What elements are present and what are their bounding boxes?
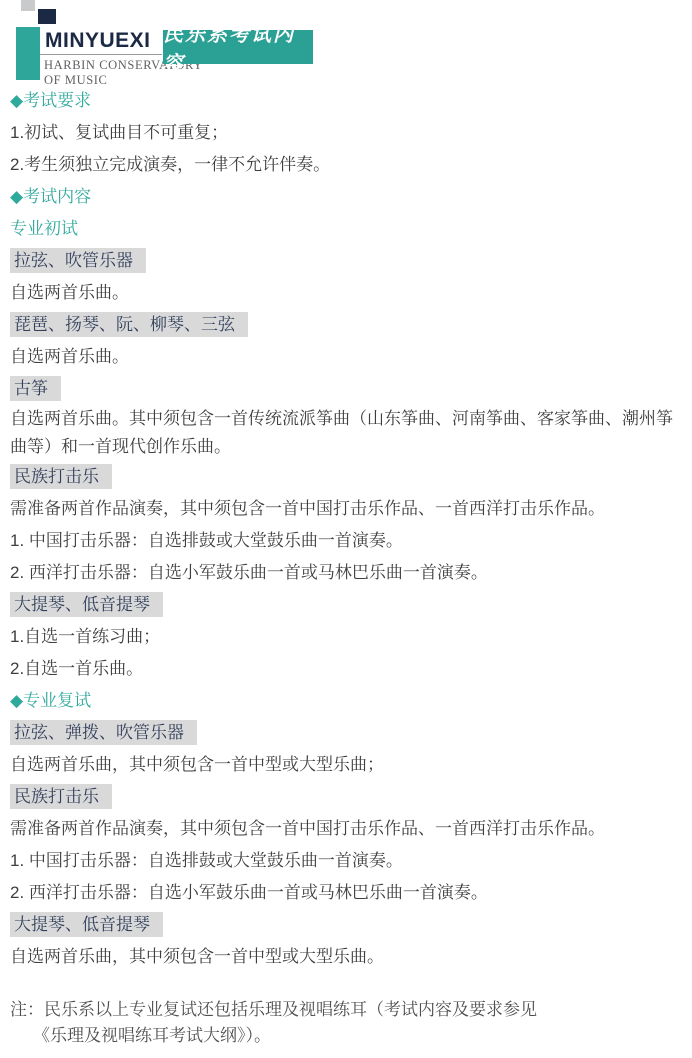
description-text: 自选两首乐曲。 <box>10 277 682 309</box>
instrument-label: 民族打击乐 <box>10 461 682 493</box>
description-text: 自选两首乐曲，其中须包含一首中型或大型乐曲； <box>10 749 682 781</box>
instrument-label-text: 琵琶、扬琴、阮、柳琴、三弦 <box>10 312 248 337</box>
instrument-label-text: 拉弦、弹拨、吹管乐器 <box>10 720 197 745</box>
numbered-item: 1.初试、复试曲目不可重复； <box>10 117 682 149</box>
instrument-label-text: 民族打击乐 <box>10 464 112 489</box>
logo-navy-square-decoration <box>38 9 56 24</box>
instrument-label-text: 大提琴、低音提琴 <box>10 592 163 617</box>
numbered-item: 1.自选一首练习曲； <box>10 621 682 653</box>
numbered-item: 1. 中国打击乐器：自选排鼓或大堂鼓乐曲一首演奏。 <box>10 525 682 557</box>
instrument-label: 拉弦、弹拨、吹管乐器 <box>10 717 682 749</box>
instrument-label: 民族打击乐 <box>10 781 682 813</box>
footnote-line2: 《乐理及视唱练耳考试大纲》）。 <box>33 1023 682 1049</box>
logo-teal-bar-decoration <box>16 27 40 80</box>
instrument-label: 琵琶、扬琴、阮、柳琴、三弦 <box>10 309 682 341</box>
logo-title: MINYUEXI <box>45 30 151 52</box>
numbered-item: 2. 西洋打击乐器：自选小军鼓乐曲一首或马林巴乐曲一首演奏。 <box>10 557 682 589</box>
instrument-label: 拉弦、吹管乐器 <box>10 245 682 277</box>
logo-divider-line <box>40 54 162 55</box>
instrument-label-text: 拉弦、吹管乐器 <box>10 248 146 273</box>
instrument-label: 大提琴、低音提琴 <box>10 589 682 621</box>
description-text: 需准备两首作品演奏，其中须包含一首中国打击乐作品、一首西洋打击乐作品。 <box>10 493 682 525</box>
numbered-item: 2.自选一首乐曲。 <box>10 653 682 685</box>
numbered-item: 2.考生须独立完成演奏，一律不允许伴奏。 <box>10 149 682 181</box>
instrument-label: 大提琴、低音提琴 <box>10 909 682 941</box>
footnote: 注：民乐系以上专业复试还包括乐理及视唱练耳（考试内容及要求参见 《乐理及视唱练耳… <box>10 997 682 1049</box>
page-title-banner: 民乐系考试内容 <box>163 30 313 64</box>
section-heading-exam-content: ◆考试内容 <box>10 181 682 213</box>
instrument-label-text: 大提琴、低音提琴 <box>10 912 163 937</box>
instrument-label-text: 民族打击乐 <box>10 784 112 809</box>
description-paragraph: 自选两首乐曲。其中须包含一首传统流派筝曲（山东筝曲、河南筝曲、客家筝曲、潮州筝曲… <box>10 405 682 461</box>
exam-content-body: ◆考试要求 1.初试、复试曲目不可重复； 2.考生须独立完成演奏，一律不允许伴奏… <box>10 85 682 1049</box>
description-paragraph-text: 自选两首乐曲。其中须包含一首传统流派筝曲（山东筝曲、河南筝曲、客家筝曲、潮州筝曲… <box>10 405 682 461</box>
section-heading-exam-requirements: ◆考试要求 <box>10 85 682 117</box>
description-text: 需准备两首作品演奏，其中须包含一首中国打击乐作品、一首西洋打击乐作品。 <box>10 813 682 845</box>
description-text: 自选两首乐曲。 <box>10 341 682 373</box>
section-heading-final-exam: ◆专业复试 <box>10 685 682 717</box>
instrument-label-text: 古筝 <box>10 376 61 401</box>
numbered-item: 1. 中国打击乐器：自选排鼓或大堂鼓乐曲一首演奏。 <box>10 845 682 877</box>
footnote-line1: 注：民乐系以上专业复试还包括乐理及视唱练耳（考试内容及要求参见 <box>10 997 682 1023</box>
instrument-label: 古筝 <box>10 373 682 405</box>
subsection-heading-preliminary: 专业初试 <box>10 213 682 245</box>
logo-gray-square-decoration <box>21 0 35 11</box>
exam-content-page: MINYUEXI HARBIN CONSERVATORY OF MUSIC 民乐… <box>0 0 692 1058</box>
numbered-item: 2. 西洋打击乐器：自选小军鼓乐曲一首或马林巴乐曲一首演奏。 <box>10 877 682 909</box>
description-text: 自选两首乐曲，其中须包含一首中型或大型乐曲。 <box>10 941 682 973</box>
